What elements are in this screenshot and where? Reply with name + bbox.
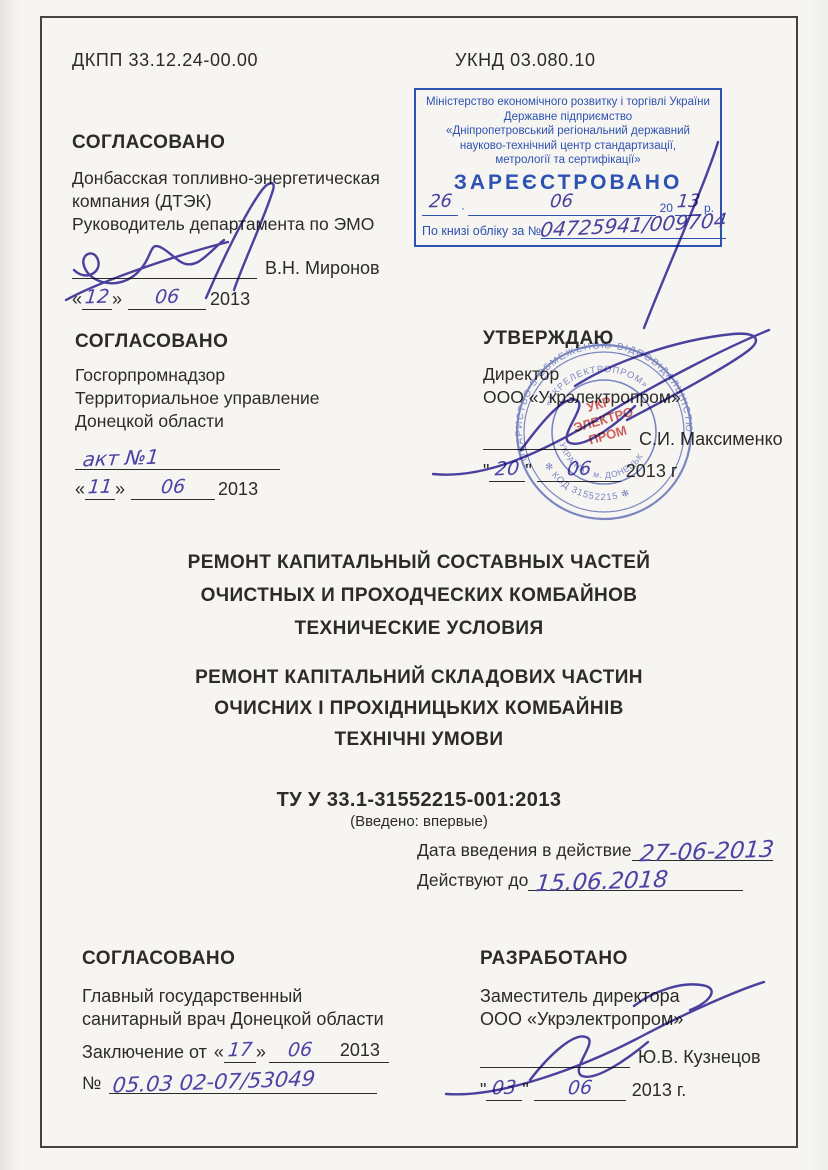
- developed-year: 2013 г.: [632, 1080, 686, 1101]
- approve-block: УТВЕРЖДАЮ Директор ООО «Укрэлектропром» …: [483, 328, 793, 482]
- agreed2-line2: Территориальное управление: [75, 387, 415, 410]
- agreed-dtek-block: СОГЛАСОВАНО Донбасская топливно-энергети…: [72, 132, 432, 310]
- stamp-month-handwritten: 06: [550, 195, 575, 210]
- title-ukrainian: РЕМОНТ КАПІТАЛЬНИЙ СКЛАДОВИХ ЧАСТИН ОЧИС…: [40, 662, 798, 755]
- agreed1-signature-line: [72, 256, 257, 279]
- validity-intro-label: Дата введения в действие: [417, 840, 632, 861]
- agreed2-day-handwritten: 11: [87, 476, 114, 499]
- registration-stamp: Міністерство економічного розвитку і тор…: [414, 88, 722, 247]
- stamp-ministry-line: Міністерство економічного розвитку і тор…: [422, 95, 714, 110]
- agreed3-year: 2013: [340, 1040, 380, 1060]
- approve-quote-close: ": [525, 461, 531, 482]
- developed-line1: Заместитель директора: [480, 985, 790, 1008]
- title-uk-line3: ТЕХНІЧНІ УМОВИ: [40, 724, 798, 755]
- agreed1-quote-open: «: [72, 289, 82, 310]
- dkpp-code: ДКПП 33.12.24-00.00: [72, 50, 258, 71]
- agreed2-heading: СОГЛАСОВАНО: [75, 331, 415, 353]
- agreed3-number-label: №: [82, 1073, 101, 1094]
- validity-intro-handwritten: 27-06-2013: [638, 837, 775, 868]
- validity-block: Дата введения в действие 27-06-2013 Дейс…: [417, 838, 743, 891]
- approve-month-handwritten: 06: [565, 458, 592, 481]
- stamp-date-dot: ·: [461, 201, 465, 216]
- document-page: ДКПП 33.12.24-00.00 УКНД 03.080.10 Мініс…: [0, 0, 828, 1170]
- agreed1-quote-close: »: [112, 289, 122, 310]
- title-ru-line2: ОЧИСТНЫХ И ПРОХОДЧЕСКИХ КОМБАЙНОВ: [40, 579, 798, 612]
- approve-day-handwritten: 20: [494, 458, 521, 481]
- agreed3-line1: Главный государственный: [82, 985, 462, 1008]
- approve-heading: УТВЕРЖДАЮ: [483, 328, 793, 350]
- agreed2-quote-close: »: [115, 479, 125, 500]
- agreed2-month-handwritten: 06: [160, 476, 187, 499]
- stamp-org-line3: метрології та сертифікації»: [422, 153, 714, 168]
- agreed1-heading: СОГЛАСОВАНО: [72, 132, 432, 154]
- agreed1-year: 2013: [210, 289, 250, 310]
- stamp-book-number-handwritten: 04725941/009704: [540, 213, 728, 237]
- developed-block: РАЗРАБОТАНО Заместитель директора ООО «У…: [480, 948, 790, 1101]
- developed-month-handwritten: 06: [566, 1077, 593, 1100]
- agreed3-line2: санитарный врач Донецкой области: [82, 1008, 462, 1031]
- stamp-org-line1: «Дніпропетровський регіональний державни…: [422, 124, 714, 139]
- agreed3-day-handwritten: 17: [227, 1039, 254, 1062]
- developed-name: Ю.В. Кузнецов: [638, 1047, 761, 1068]
- stamp-book-label: По книзі обліку за №: [422, 224, 541, 239]
- agreed-gospromnadzor-block: СОГЛАСОВАНО Госгорпромнадзор Территориал…: [75, 331, 415, 500]
- title-uk-line2: ОЧИСНИХ І ПРОХІДНИЦЬКИХ КОМБАЙНІВ: [40, 693, 798, 724]
- approve-year: 2013 г: [626, 461, 678, 482]
- approve-signature-line: [483, 427, 631, 450]
- agreed1-name: В.Н. Миронов: [265, 258, 380, 279]
- approve-line1: Директор: [483, 363, 793, 386]
- agreed-sanitary-block: СОГЛАСОВАНО Главный государственный сани…: [82, 948, 462, 1094]
- agreed3-quote-close: »: [256, 1042, 266, 1063]
- agreed2-line1: Госгорпромнадзор: [75, 364, 415, 387]
- agreed3-conclusion-label: Заключение от: [82, 1042, 207, 1063]
- agreed2-note-handwritten: акт №1: [82, 445, 161, 472]
- title-ru-line3: ТЕХНИЧЕСКИЕ УСЛОВИЯ: [40, 612, 798, 645]
- agreed1-line2: компания (ДТЭК): [72, 190, 432, 213]
- validity-until-label: Действуют до: [417, 870, 528, 891]
- agreed3-heading: СОГЛАСОВАНО: [82, 948, 462, 970]
- stamp-org-line2: науково-технічний центр стандартизації,: [422, 139, 714, 154]
- agreed1-day-handwritten: 12: [84, 286, 111, 309]
- agreed3-month-handwritten: 06: [287, 1039, 314, 1062]
- developed-signature-line: [480, 1045, 630, 1068]
- uknd-code: УКНД 03.080.10: [455, 50, 596, 71]
- stamp-book-row: По книзі обліку за № 04725941/009704: [422, 219, 714, 239]
- document-number-note: (Введено: впервые): [40, 813, 798, 830]
- agreed1-month-handwritten: 06: [154, 286, 181, 309]
- developed-day-handwritten: 03: [491, 1077, 518, 1100]
- agreed2-line3: Донецкой области: [75, 410, 415, 433]
- stamp-year-handwritten: 13: [676, 195, 701, 210]
- document-number: ТУ У 33.1-31552215-001:2013: [40, 789, 798, 812]
- agreed2-year: 2013: [218, 479, 258, 500]
- developed-line2: ООО «Укрэлектропром»: [480, 1008, 790, 1031]
- stamp-enterprise-line: Державне підприємство: [422, 110, 714, 125]
- agreed1-line1: Донбасская топливно-энергетическая: [72, 167, 432, 190]
- title-russian: РЕМОНТ КАПИТАЛЬНЫЙ СОСТАВНЫХ ЧАСТЕЙ ОЧИС…: [40, 546, 798, 645]
- validity-until-handwritten: 15.06.2018: [535, 867, 670, 898]
- developed-heading: РАЗРАБОТАНО: [480, 948, 790, 970]
- agreed1-line3: Руководитель департамента по ЭМО: [72, 213, 432, 236]
- approve-line2: ООО «Укрэлектропром»: [483, 386, 793, 409]
- agreed3-quote-open: «: [214, 1042, 224, 1063]
- title-uk-line1: РЕМОНТ КАПІТАЛЬНИЙ СКЛАДОВИХ ЧАСТИН: [40, 662, 798, 693]
- developed-quote-close: ": [522, 1080, 528, 1101]
- agreed2-quote-open: «: [75, 479, 85, 500]
- agreed3-number-handwritten: 05.03 02-07/53049: [112, 1066, 317, 1097]
- approve-name: С.И. Максименко: [639, 429, 783, 450]
- title-ru-line1: РЕМОНТ КАПИТАЛЬНЫЙ СОСТАВНЫХ ЧАСТЕЙ: [40, 546, 798, 579]
